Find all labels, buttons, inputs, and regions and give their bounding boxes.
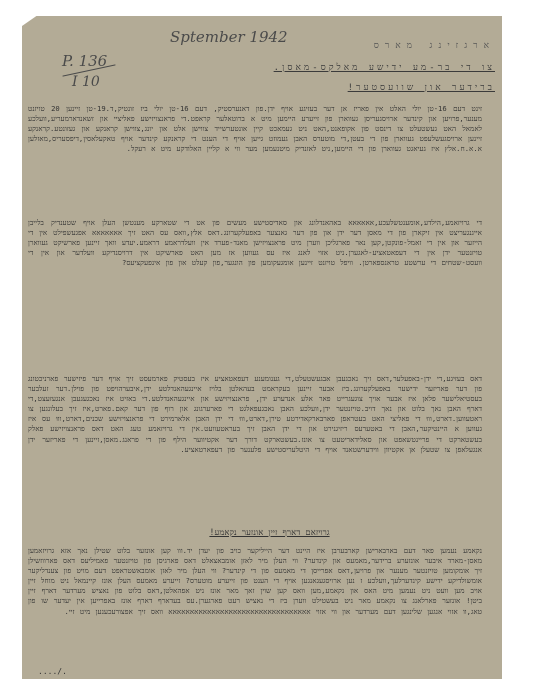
handwritten-reference-bottom: I 10 <box>72 74 100 90</box>
body-paragraph-2: די גרויזאמע,הילדע,אומענטשלעכע,אאאאאא באה… <box>28 218 482 268</box>
body-paragraph-3: דאס בעזיגע,די ידן-באפעלער,דאס זיך נאכגעב… <box>28 374 482 455</box>
salutation: ברידער און שוועסטער! <box>348 82 495 93</box>
address-line: צו די בר-מע ידישע מאלקס-מאסן. <box>274 62 495 73</box>
continuation-mark: ..../. <box>38 667 67 676</box>
organization-header: ארגזינג מארס <box>374 40 495 51</box>
body-paragraph-1: זינט דעם 16-טן יולי האלט אין פאריז אן דע… <box>28 104 482 154</box>
handwritten-date: Sptember 1942 <box>170 28 288 46</box>
section-subheading: גרויזאם דארף זיין אונזער נקאמע! <box>0 527 539 538</box>
body-paragraph-4: נקאמע נעמען פאר דעם בארבארישן קארבערבן א… <box>28 546 482 617</box>
